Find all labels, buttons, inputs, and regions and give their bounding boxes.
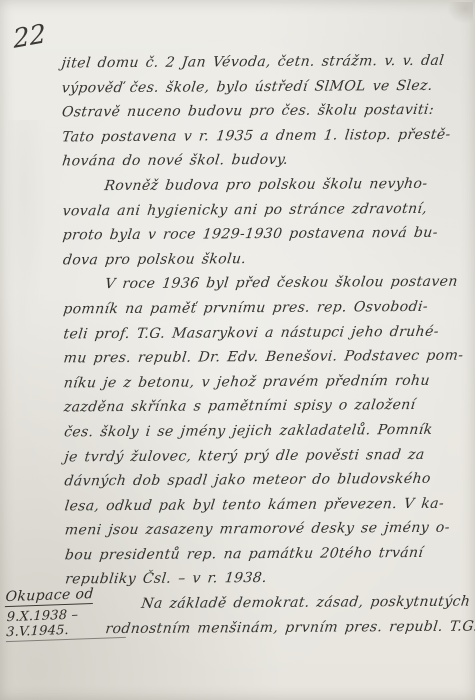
text-line: dova pro polskou školu.: [61, 245, 474, 272]
text-line: Rovněž budova pro polskou školu nevyho-: [61, 172, 474, 199]
page-number: 22: [12, 19, 47, 55]
text-line: V roce 1936 byl před českou školou posta…: [62, 270, 475, 297]
text-line: proto byla v roce 1929-1930 postavena no…: [61, 221, 474, 248]
text-line: Ostravě nuceno budovu pro čes. školu pos…: [60, 98, 473, 125]
text-line: čes. školy i se jmény jejich zakladatelů…: [63, 417, 475, 444]
text-line: teli prof. T.G. Masarykovi a nástupci je…: [62, 319, 475, 346]
body-text: jitel domu č. 2 Jan Vévoda, četn. strážm…: [60, 49, 474, 642]
text-line: Tato postavena v r. 1935 a dnem 1. listo…: [61, 122, 474, 149]
text-line: dávných dob spadl jako meteor do bludovs…: [63, 467, 475, 494]
margin-note: Okupace od 9.X.1938 – 3.V.1945.: [5, 582, 127, 642]
text-line: hována do nové škol. budovy.: [61, 147, 474, 174]
text-line: vovala ani hygienicky ani po stránce zdr…: [61, 196, 474, 223]
text-line: níku je z betonu, v jehož pravém předním…: [62, 368, 475, 395]
text-line: pomník na paměť prvnímu pres. rep. Osvob…: [62, 294, 475, 321]
paper-stain: [8, 120, 48, 340]
text-line: výpověď čes. škole, bylo ústředí SlMOL v…: [60, 73, 473, 100]
text-line: je tvrdý žulovec, který prý dle pověsti …: [63, 442, 475, 469]
text-line: lesa, odkud pak byl tento kámen převezen…: [63, 491, 475, 518]
text-line: meni jsou zasazeny mramorové desky se jm…: [63, 516, 475, 543]
corner-smudge: [447, 2, 473, 24]
text-line: republiky Čsl. – v r. 1938.: [64, 565, 475, 592]
text-line: mu pres. republ. Dr. Edv. Benešovi. Pods…: [62, 344, 475, 371]
manuscript-page: 22 jitel domu č. 2 Jan Vévoda, četn. str…: [0, 0, 475, 700]
margin-note-dates: 9.X.1938 – 3.V.1945.: [6, 606, 127, 642]
margin-note-title: Okupace od: [5, 586, 94, 607]
text-line: jitel domu č. 2 Jan Vévoda, četn. strážm…: [60, 49, 473, 76]
text-line: bou presidentů rep. na památku 20tého tr…: [64, 540, 475, 567]
text-line: zazděna skřínka s pamětními spisy o zalo…: [63, 393, 475, 420]
